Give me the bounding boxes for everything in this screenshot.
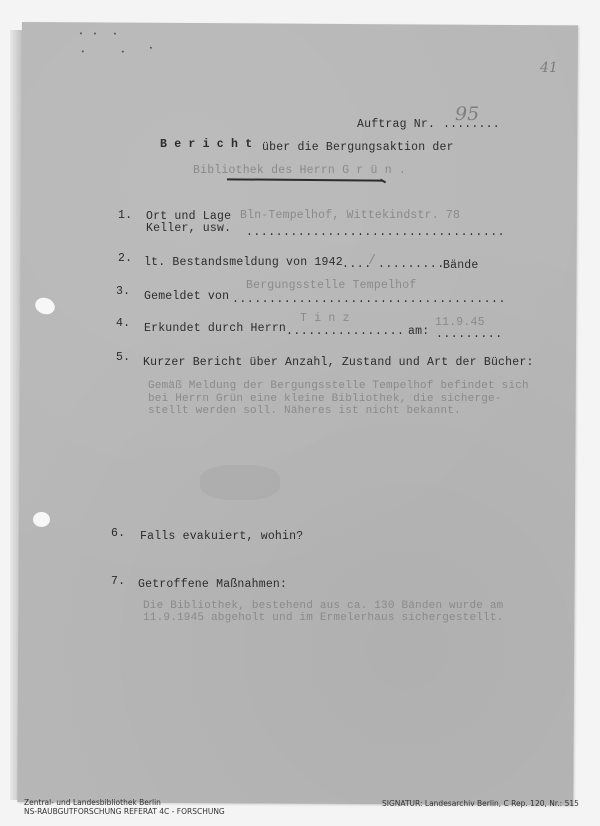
item-2-label: lt. Bestandsmeldung von 1942 [144,256,343,269]
punch-hole [33,512,50,527]
item-4-date-dots: ......... [436,328,503,341]
item-7-label: Getroffene Maßnahmen: [138,578,287,591]
item-5-value-line: bei Herrn Grün eine kleine Bibliothek, d… [148,393,502,405]
speck [150,47,152,49]
item-4-label: Erkundet durch Herrn [144,322,286,335]
item-3-number: 3. [116,285,130,298]
footer-institution: Zentral- und Landesbibliothek Berlin [24,798,161,807]
item-2-suffix: Bände [443,259,479,272]
speck [82,50,84,52]
footer-signature: SIGNATUR: Landesarchiv Berlin, C Rep. 12… [382,799,579,808]
item-2-dots-before: .... [342,258,372,271]
item-3-value: Bergungsstelle Tempelhof [246,279,416,292]
item-2-dots-after: ......... [378,258,445,271]
speck [122,51,124,53]
item-1-value: Bln-Tempelhof, Wittekindstr. 78 [240,209,460,222]
item-1-dots: ........................................… [246,226,504,239]
item-1-label-line2: Keller, usw. [146,222,231,235]
item-5-label: Kurzer Bericht über Anzahl, Zustand und … [143,356,534,369]
item-7-number: 7. [111,575,125,588]
speck [94,32,96,34]
item-2-value: / [370,252,374,266]
speck [114,33,116,35]
item-4-date-label: am: [408,325,429,338]
item-4-number: 4. [116,317,130,330]
item-5-value-line: Gemäß Meldung der Bergungsstelle Tempelh… [148,380,529,392]
item-4-value: T i n z [300,312,350,325]
item-1-number: 1. [118,209,132,222]
order-number-label: Auftrag Nr. [357,118,435,131]
item-2-number: 2. [118,252,132,265]
order-number-handwritten: 95 [455,103,479,125]
item-6-number: 6. [111,527,125,540]
ink-smudge [200,465,280,500]
item-4-dots: ................ [286,325,404,338]
item-7-value-line: 11.9.1945 abgeholt und im Ermelerhaus si… [143,612,503,624]
handwritten-page-number: 41 [540,60,558,76]
item-3-label: Gemeldet von [144,290,229,303]
item-5-value-line: stellt werden soll. Näheres ist nicht be… [148,405,461,417]
item-5-number: 5. [116,351,130,364]
speck [80,32,82,34]
item-6-label: Falls evakuiert, wohin? [140,530,303,543]
title-rest: über die Bergungsaktion der [262,141,454,154]
item-7-value-line: Die Bibliothek, bestehend aus ca. 130 Bä… [143,600,503,612]
title-bericht: B e r i c h t [160,138,252,151]
footer-department: NS-RAUBGUTFORSCHUNG REFERAT 4C - FORSCHU… [24,807,225,816]
item-3-dots: ....................................... [232,293,504,306]
title-library-name: Bibliothek des Herrn G r ü n . [193,164,406,177]
